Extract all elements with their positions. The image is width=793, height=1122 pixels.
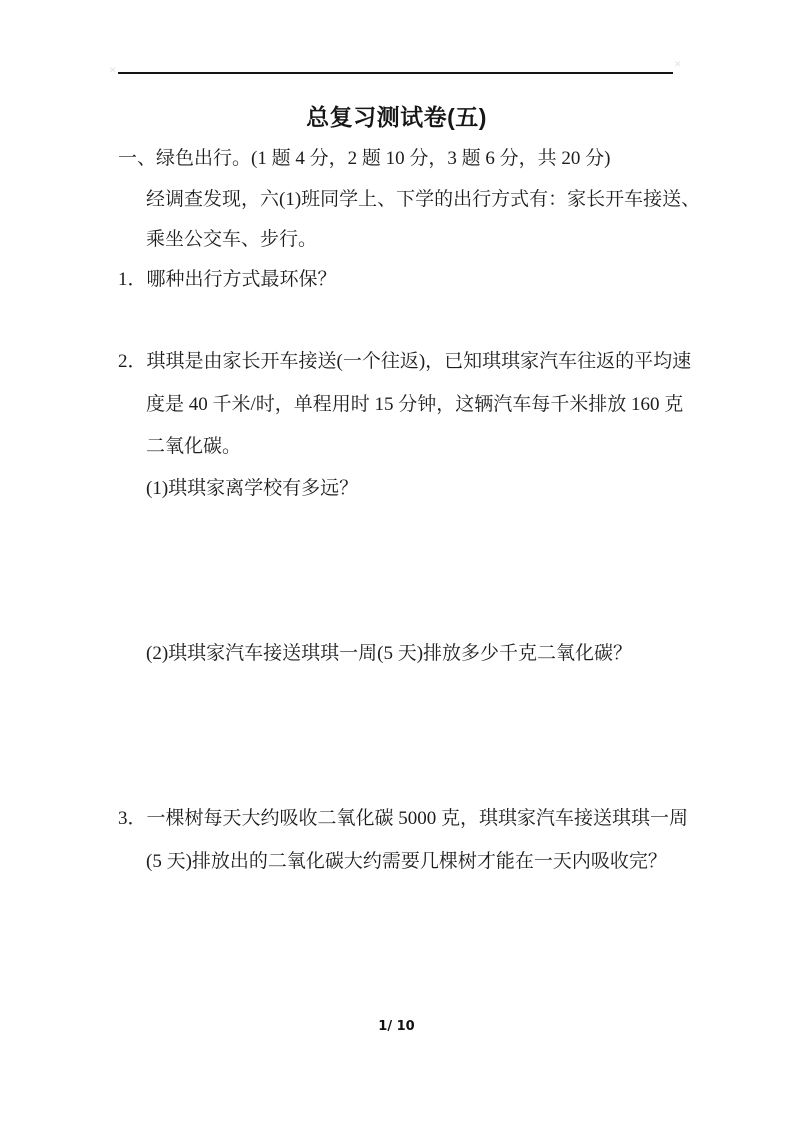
page-number-indicator: 1/ 10 bbox=[0, 1019, 793, 1034]
section-1-intro-line-2: 乘坐公交车、步行。 bbox=[146, 229, 317, 251]
question-3-line-1: 3．一棵树每天大约吸收二氧化碳 5000 克，琪琪家汽车接送琪琪一周 bbox=[118, 808, 688, 830]
question-2-line-1: 2．琪琪是由家长开车接送(一个往返)，已知琪琪家汽车往返的平均速 bbox=[118, 351, 691, 373]
question-2-line-2: 度是 40 千米/时，单程用时 15 分钟，这辆汽车每千米排放 160 克 bbox=[146, 394, 683, 416]
rule-end-artifact-left-icon: ✕ bbox=[109, 67, 117, 76]
page-title: 总复习测试卷(五) bbox=[0, 99, 793, 132]
question-3-line-2: (5 天)排放出的二氧化碳大约需要几棵树才能在一天内吸收完？ bbox=[146, 851, 667, 873]
question-1-text: 1．哪种出行方式最环保？ bbox=[118, 269, 337, 291]
question-2-subquestion-2: (2)琪琪家汽车接送琪琪一周(5 天)排放多少千克二氧化碳？ bbox=[146, 643, 632, 665]
section-1-intro-line-1: 经调查发现，六(1)班同学上、下学的出行方式有：家长开车接送、 bbox=[146, 189, 700, 211]
question-2-line-3: 二氧化碳。 bbox=[146, 436, 241, 458]
question-2-subquestion-1: (1)琪琪家离学校有多远？ bbox=[146, 478, 358, 500]
exam-paper-page: ✕ ✕ 总复习测试卷(五) 一、绿色出行。(1 题 4 分，2 题 10 分，3… bbox=[0, 0, 793, 1122]
rule-end-artifact-right-icon: ✕ bbox=[674, 61, 682, 70]
header-rule bbox=[118, 72, 673, 74]
section-1-heading: 一、绿色出行。(1 题 4 分，2 题 10 分，3 题 6 分，共 20 分) bbox=[118, 148, 610, 170]
